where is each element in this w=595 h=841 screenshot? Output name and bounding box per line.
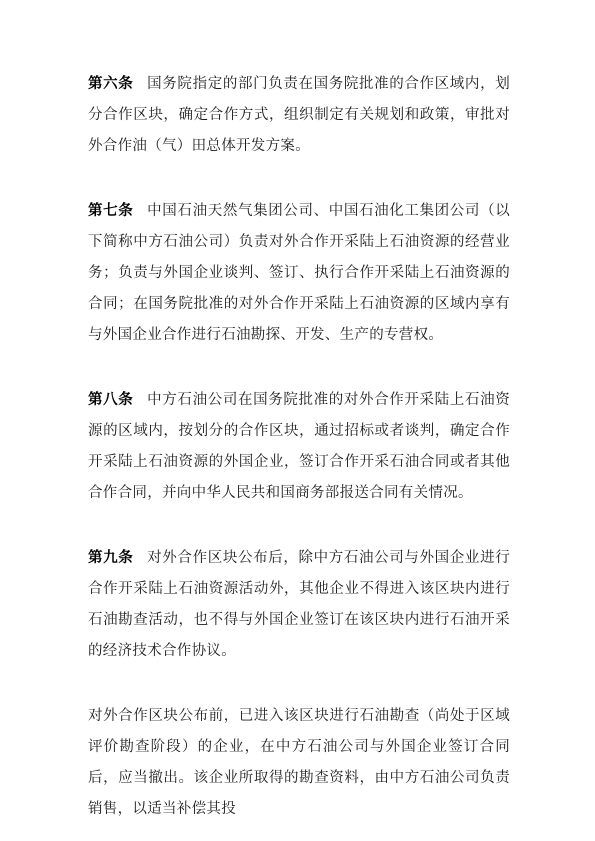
article-number-9: 第九条	[88, 549, 133, 566]
article-paragraph-8: 第八条中方石油公司在国务院批准的对外合作开采陆上石油资源的区域内，按划分的合作区…	[88, 384, 510, 509]
article-text-9: 对外合作区块公布后，除中方石油公司与外国企业进行合作开采陆上石油资源活动外，其他…	[88, 550, 510, 659]
article-paragraph-6: 第六条国务院指定的部门负责在国务院批准的合作区域内，划分合作区块，确定合作方式，…	[88, 68, 510, 162]
continuation-paragraph: 对外合作区块公布前，已进入该区块进行石油勘查（尚处于区域评价勘查阶段）的企业，在…	[88, 700, 510, 825]
document-page: 第六条国务院指定的部门负责在国务院批准的合作区域内，划分合作区块，确定合作方式，…	[0, 0, 595, 841]
article-paragraph-9: 第九条对外合作区块公布后，除中方石油公司与外国企业进行合作开采陆上石油资源活动外…	[88, 542, 510, 667]
article-paragraph-7: 第七条中国石油天然气集团公司、中国石油化工集团公司（以下简称中方石油公司）负责对…	[88, 195, 510, 351]
article-text-7: 中国石油天然气集团公司、中国石油化工集团公司（以下简称中方石油公司）负责对外合作…	[88, 203, 510, 343]
article-number-7: 第七条	[88, 202, 133, 219]
article-text-6: 国务院指定的部门负责在国务院批准的合作区域内，划分合作区块，确定合作方式，组织制…	[88, 76, 510, 154]
article-number-6: 第六条	[88, 75, 133, 92]
article-number-8: 第八条	[88, 391, 133, 408]
continuation-text: 对外合作区块公布前，已进入该区块进行石油勘查（尚处于区域评价勘查阶段）的企业，在…	[88, 708, 510, 817]
article-text-8: 中方石油公司在国务院批准的对外合作开采陆上石油资源的区域内，按划分的合作区块，通…	[88, 392, 510, 501]
